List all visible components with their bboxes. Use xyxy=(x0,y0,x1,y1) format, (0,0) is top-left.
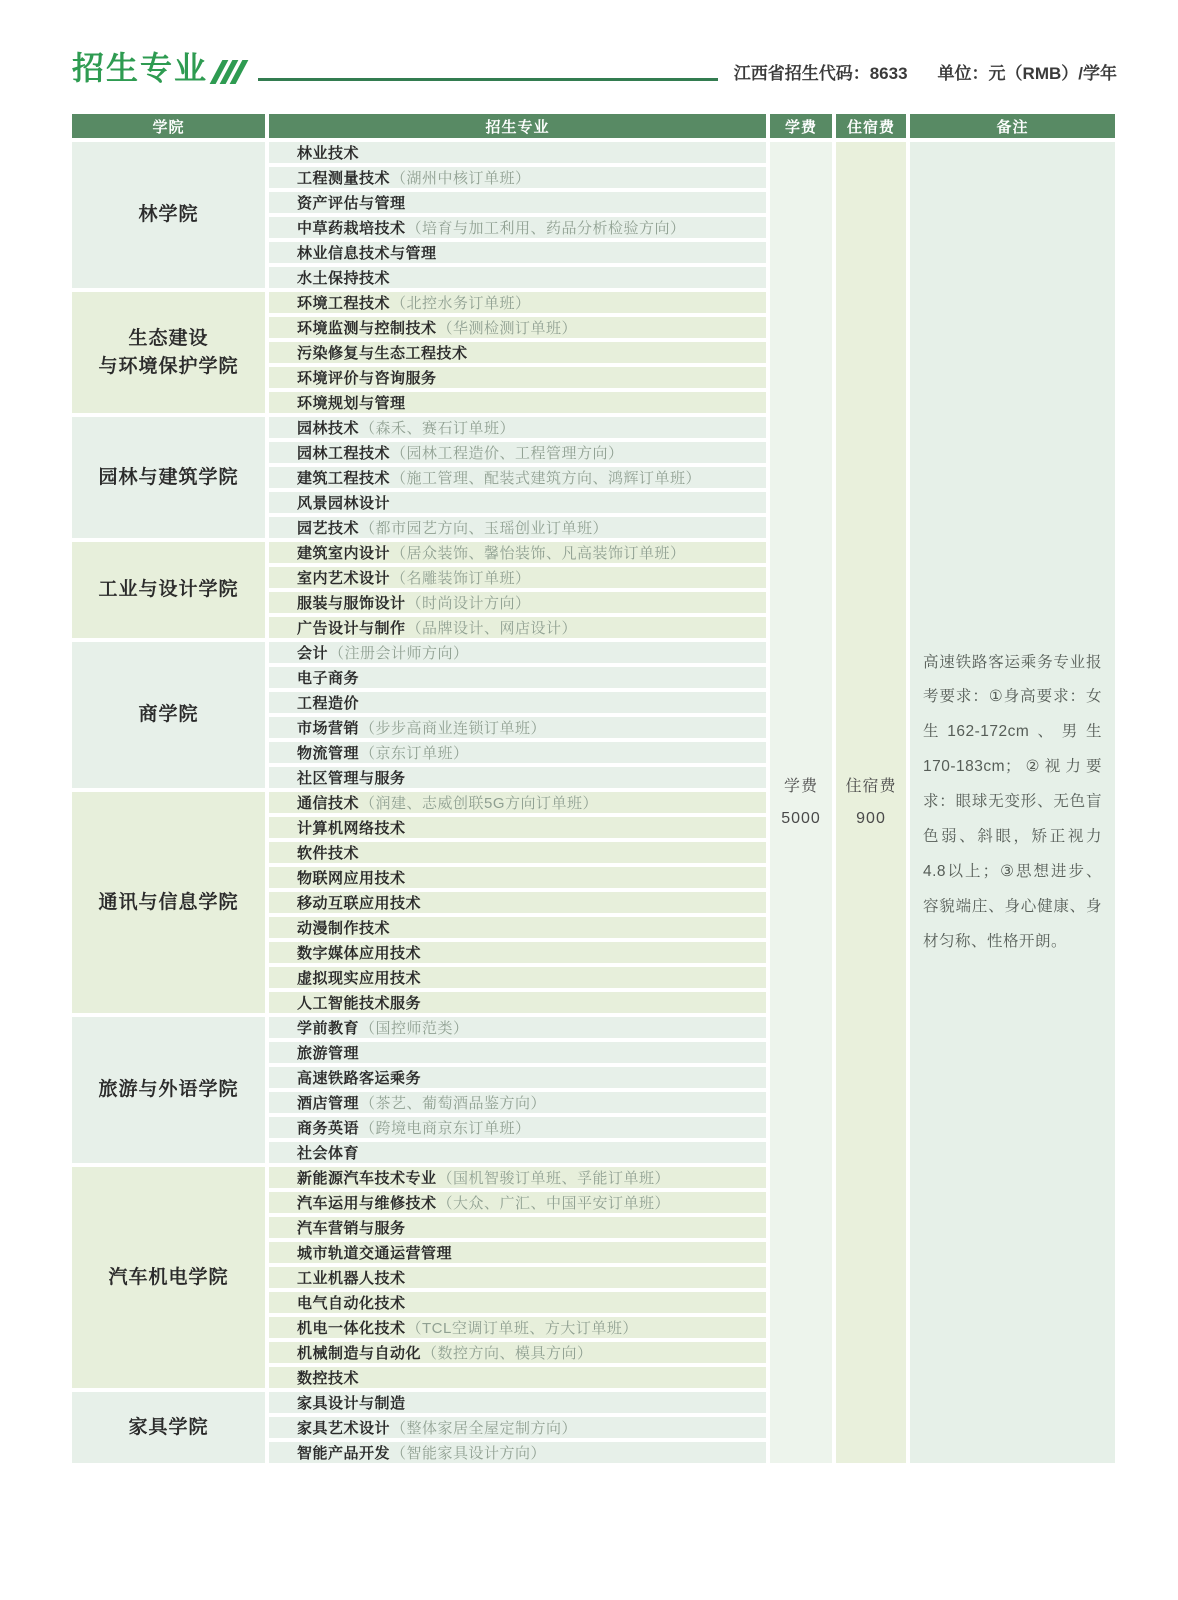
major-name: 服装与服饰设计 xyxy=(297,592,406,613)
major-row: 建筑室内设计（居众装饰、馨怡装饰、凡高装饰订单班） xyxy=(269,542,766,563)
unit-text: 单位：元（RMB）/学年 xyxy=(938,65,1117,84)
major-row: 园林技术（森禾、赛石订单班） xyxy=(269,417,766,438)
major-row: 通信技术（润建、志威创联5G方向订单班） xyxy=(269,792,766,813)
title-rule-divider xyxy=(258,78,718,81)
majors-list: 建筑室内设计（居众装饰、馨怡装饰、凡高装饰订单班）室内艺术设计（名雕装饰订单班）… xyxy=(269,542,766,638)
major-row: 林业信息技术与管理 xyxy=(269,242,766,263)
major-note: （品牌设计、网店设计） xyxy=(407,617,578,638)
major-name: 园林技术 xyxy=(297,417,359,438)
major-row: 机械制造与自动化（数控方向、模具方向） xyxy=(269,1342,766,1363)
major-note: （名雕装饰订单班） xyxy=(391,567,531,588)
dorm-fee-cell: 住宿费 900 xyxy=(836,142,906,1463)
major-row: 会计（注册会计师方向） xyxy=(269,642,766,663)
title-slashes-icon xyxy=(216,60,242,84)
major-name: 人工智能技术服务 xyxy=(297,992,421,1013)
major-name: 环境规划与管理 xyxy=(297,392,406,413)
college-name: 汽车机电学院 xyxy=(72,1167,265,1388)
major-row: 社区管理与服务 xyxy=(269,767,766,788)
major-note: （都市园艺方向、玉瑶创业订单班） xyxy=(360,517,608,538)
major-row: 园林工程技术（园林工程造价、工程管理方向） xyxy=(269,442,766,463)
major-note: （步步高商业连锁订单班） xyxy=(360,717,546,738)
college-name: 园林与建筑学院 xyxy=(72,417,265,538)
major-row: 建筑工程技术（施工管理、配装式建筑方向、鸿辉订单班） xyxy=(269,467,766,488)
majors-list: 会计（注册会计师方向）电子商务工程造价市场营销（步步高商业连锁订单班）物流管理（… xyxy=(269,642,766,788)
remark-text: 高速铁路客运乘务专业报考要求：①身高要求：女生162-172cm、男生170-1… xyxy=(923,646,1102,960)
college-name: 工业与设计学院 xyxy=(72,542,265,638)
majors-list: 家具设计与制造家具艺术设计（整体家居全屋定制方向）智能产品开发（智能家具设计方向… xyxy=(269,1392,766,1463)
major-name: 污染修复与生态工程技术 xyxy=(297,342,468,363)
major-name: 商务英语 xyxy=(297,1117,359,1138)
major-row: 城市轨道交通运营管理 xyxy=(269,1242,766,1263)
remark-cell: 高速铁路客运乘务专业报考要求：①身高要求：女生162-172cm、男生170-1… xyxy=(910,142,1115,1463)
page-header: 招生专业 江西省招生代码：8633 单位：元（RMB）/学年 xyxy=(72,52,1117,84)
college-section: 生态建设 与环境保护学院环境工程技术（北控水务订单班）环境监测与控制技术（华测检… xyxy=(72,292,766,413)
major-name: 广告设计与制作 xyxy=(297,617,406,638)
page-title: 招生专业 xyxy=(72,52,208,84)
major-name: 工程测量技术 xyxy=(297,167,390,188)
major-name: 中草药栽培技术 xyxy=(297,217,406,238)
major-name: 软件技术 xyxy=(297,842,359,863)
major-note: （湖州中核订单班） xyxy=(391,167,531,188)
major-name: 数控技术 xyxy=(297,1367,359,1388)
major-row: 物流管理（京东订单班） xyxy=(269,742,766,763)
major-note: （整体家居全屋定制方向） xyxy=(391,1417,577,1438)
major-row: 商务英语（跨境电商京东订单班） xyxy=(269,1117,766,1138)
major-row: 移动互联应用技术 xyxy=(269,892,766,913)
major-row: 林业技术 xyxy=(269,142,766,163)
college-name: 旅游与外语学院 xyxy=(72,1017,265,1163)
major-note: （时尚设计方向） xyxy=(407,592,531,613)
major-note: （国机智骏订单班、孚能订单班） xyxy=(438,1167,671,1188)
major-row: 室内艺术设计（名雕装饰订单班） xyxy=(269,567,766,588)
major-row: 人工智能技术服务 xyxy=(269,992,766,1013)
major-name: 高速铁路客运乘务 xyxy=(297,1067,421,1088)
major-note: （智能家具设计方向） xyxy=(391,1442,546,1463)
major-row: 环境工程技术（北控水务订单班） xyxy=(269,292,766,313)
major-note: （森禾、赛石订单班） xyxy=(360,417,515,438)
major-row: 动漫制作技术 xyxy=(269,917,766,938)
major-note: （数控方向、模具方向） xyxy=(422,1342,593,1363)
major-name: 动漫制作技术 xyxy=(297,917,390,938)
major-name: 旅游管理 xyxy=(297,1042,359,1063)
major-name: 建筑工程技术 xyxy=(297,467,390,488)
major-name: 林业信息技术与管理 xyxy=(297,242,437,263)
college-name: 通讯与信息学院 xyxy=(72,792,265,1013)
major-name: 电子商务 xyxy=(297,667,359,688)
major-row: 汽车营销与服务 xyxy=(269,1217,766,1238)
college-name: 商学院 xyxy=(72,642,265,788)
major-row: 机电一体化技术（TCL空调订单班、方大订单班） xyxy=(269,1317,766,1338)
major-row: 学前教育（国控师范类） xyxy=(269,1017,766,1038)
majors-list: 园林技术（森禾、赛石订单班）园林工程技术（园林工程造价、工程管理方向）建筑工程技… xyxy=(269,417,766,538)
college-name: 林学院 xyxy=(72,142,265,288)
majors-list: 环境工程技术（北控水务订单班）环境监测与控制技术（华测检测订单班）污染修复与生态… xyxy=(269,292,766,413)
major-row: 旅游管理 xyxy=(269,1042,766,1063)
major-row: 工程测量技术（湖州中核订单班） xyxy=(269,167,766,188)
major-row: 中草药栽培技术（培育与加工利用、药品分析检验方向） xyxy=(269,217,766,238)
major-name: 林业技术 xyxy=(297,142,359,163)
major-row: 家具设计与制造 xyxy=(269,1392,766,1413)
major-row: 计算机网络技术 xyxy=(269,817,766,838)
major-note: （TCL空调订单班、方大订单班） xyxy=(407,1317,638,1338)
major-name: 室内艺术设计 xyxy=(297,567,390,588)
major-row: 数控技术 xyxy=(269,1367,766,1388)
college-section: 汽车机电学院新能源汽车技术专业（国机智骏订单班、孚能订单班）汽车运用与维修技术（… xyxy=(72,1167,766,1388)
major-name: 新能源汽车技术专业 xyxy=(297,1167,437,1188)
dorm-fee-value: 900 xyxy=(856,803,886,834)
major-name: 环境监测与控制技术 xyxy=(297,317,437,338)
major-name: 机电一体化技术 xyxy=(297,1317,406,1338)
major-note: （跨境电商京东订单班） xyxy=(360,1117,531,1138)
major-name: 物联网应用技术 xyxy=(297,867,406,888)
majors-list: 学前教育（国控师范类）旅游管理高速铁路客运乘务酒店管理（茶艺、葡萄酒品鉴方向）商… xyxy=(269,1017,766,1163)
admission-majors-table: 学院 招生专业 学费 住宿费 备注 林学院林业技术工程测量技术（湖州中核订单班）… xyxy=(72,114,1117,1463)
major-row: 水土保持技术 xyxy=(269,267,766,288)
major-name: 工业机器人技术 xyxy=(297,1267,406,1288)
major-name: 数字媒体应用技术 xyxy=(297,942,421,963)
major-row: 智能产品开发（智能家具设计方向） xyxy=(269,1442,766,1463)
major-note: （国控师范类） xyxy=(360,1017,469,1038)
tuition-label: 学费 xyxy=(784,771,818,802)
major-name: 汽车营销与服务 xyxy=(297,1217,406,1238)
column-header-dorm: 住宿费 xyxy=(836,114,906,138)
college-name: 家具学院 xyxy=(72,1392,265,1463)
tuition-value: 5000 xyxy=(781,803,821,834)
dorm-fee-label: 住宿费 xyxy=(845,771,896,802)
major-row: 数字媒体应用技术 xyxy=(269,942,766,963)
college-section: 林学院林业技术工程测量技术（湖州中核订单班）资产评估与管理中草药栽培技术（培育与… xyxy=(72,142,766,288)
major-note: （大众、广汇、中国平安订单班） xyxy=(438,1192,671,1213)
major-row: 污染修复与生态工程技术 xyxy=(269,342,766,363)
major-name: 园林工程技术 xyxy=(297,442,390,463)
major-row: 环境监测与控制技术（华测检测订单班） xyxy=(269,317,766,338)
major-row: 虚拟现实应用技术 xyxy=(269,967,766,988)
major-note: （园林工程造价、工程管理方向） xyxy=(391,442,624,463)
major-name: 工程造价 xyxy=(297,692,359,713)
major-name: 风景园林设计 xyxy=(297,492,390,513)
major-row: 高速铁路客运乘务 xyxy=(269,1067,766,1088)
major-name: 环境评价与咨询服务 xyxy=(297,367,437,388)
college-section: 旅游与外语学院学前教育（国控师范类）旅游管理高速铁路客运乘务酒店管理（茶艺、葡萄… xyxy=(72,1017,766,1163)
college-major-columns: 林学院林业技术工程测量技术（湖州中核订单班）资产评估与管理中草药栽培技术（培育与… xyxy=(72,142,766,1463)
major-row: 环境规划与管理 xyxy=(269,392,766,413)
major-name: 家具设计与制造 xyxy=(297,1392,406,1413)
admission-code-text: 江西省招生代码：8633 xyxy=(734,65,908,84)
major-name: 智能产品开发 xyxy=(297,1442,390,1463)
major-name: 社区管理与服务 xyxy=(297,767,406,788)
table-body: 林学院林业技术工程测量技术（湖州中核订单班）资产评估与管理中草药栽培技术（培育与… xyxy=(72,142,1117,1463)
college-section: 工业与设计学院建筑室内设计（居众装饰、馨怡装饰、凡高装饰订单班）室内艺术设计（名… xyxy=(72,542,766,638)
college-section: 园林与建筑学院园林技术（森禾、赛石订单班）园林工程技术（园林工程造价、工程管理方… xyxy=(72,417,766,538)
major-name: 移动互联应用技术 xyxy=(297,892,421,913)
majors-list: 通信技术（润建、志威创联5G方向订单班）计算机网络技术软件技术物联网应用技术移动… xyxy=(269,792,766,1013)
major-name: 资产评估与管理 xyxy=(297,192,406,213)
tuition-cell: 学费 5000 xyxy=(770,142,832,1463)
header-meta: 江西省招生代码：8633 单位：元（RMB）/学年 xyxy=(734,65,1117,84)
major-name: 城市轨道交通运营管理 xyxy=(297,1242,452,1263)
major-note: （茶艺、葡萄酒品鉴方向） xyxy=(360,1092,546,1113)
major-note: （润建、志威创联5G方向订单班） xyxy=(360,792,598,813)
major-note: （华测检测订单班） xyxy=(438,317,578,338)
major-name: 计算机网络技术 xyxy=(297,817,406,838)
major-row: 市场营销（步步高商业连锁订单班） xyxy=(269,717,766,738)
major-row: 资产评估与管理 xyxy=(269,192,766,213)
major-name: 会计 xyxy=(297,642,328,663)
major-note: （居众装饰、馨怡装饰、凡高装饰订单班） xyxy=(391,542,686,563)
major-row: 酒店管理（茶艺、葡萄酒品鉴方向） xyxy=(269,1092,766,1113)
major-note: （施工管理、配装式建筑方向、鸿辉订单班） xyxy=(391,467,701,488)
major-row: 工业机器人技术 xyxy=(269,1267,766,1288)
major-name: 社会体育 xyxy=(297,1142,359,1163)
major-row: 社会体育 xyxy=(269,1142,766,1163)
major-row: 新能源汽车技术专业（国机智骏订单班、孚能订单班） xyxy=(269,1167,766,1188)
major-row: 服装与服饰设计（时尚设计方向） xyxy=(269,592,766,613)
major-note: （注册会计师方向） xyxy=(329,642,469,663)
page: 招生专业 江西省招生代码：8633 单位：元（RMB）/学年 学院 招生专业 学… xyxy=(72,0,1117,1463)
majors-list: 新能源汽车技术专业（国机智骏订单班、孚能订单班）汽车运用与维修技术（大众、广汇、… xyxy=(269,1167,766,1388)
major-row: 软件技术 xyxy=(269,842,766,863)
major-row: 工程造价 xyxy=(269,692,766,713)
major-name: 电气自动化技术 xyxy=(297,1292,406,1313)
college-section: 通讯与信息学院通信技术（润建、志威创联5G方向订单班）计算机网络技术软件技术物联… xyxy=(72,792,766,1013)
major-row: 风景园林设计 xyxy=(269,492,766,513)
major-name: 园艺技术 xyxy=(297,517,359,538)
major-note: （北控水务订单班） xyxy=(391,292,531,313)
major-note: （京东订单班） xyxy=(360,742,469,763)
major-name: 机械制造与自动化 xyxy=(297,1342,421,1363)
major-row: 环境评价与咨询服务 xyxy=(269,367,766,388)
major-name: 酒店管理 xyxy=(297,1092,359,1113)
major-note: （培育与加工利用、药品分析检验方向） xyxy=(407,217,686,238)
column-header-tuition: 学费 xyxy=(770,114,832,138)
major-row: 电气自动化技术 xyxy=(269,1292,766,1313)
major-name: 虚拟现实应用技术 xyxy=(297,967,421,988)
major-name: 家具艺术设计 xyxy=(297,1417,390,1438)
major-row: 汽车运用与维修技术（大众、广汇、中国平安订单班） xyxy=(269,1192,766,1213)
major-name: 汽车运用与维修技术 xyxy=(297,1192,437,1213)
major-row: 家具艺术设计（整体家居全屋定制方向） xyxy=(269,1417,766,1438)
table-header-row: 学院 招生专业 学费 住宿费 备注 xyxy=(72,114,1117,138)
column-header-major: 招生专业 xyxy=(269,114,766,138)
college-section: 商学院会计（注册会计师方向）电子商务工程造价市场营销（步步高商业连锁订单班）物流… xyxy=(72,642,766,788)
major-name: 环境工程技术 xyxy=(297,292,390,313)
college-name: 生态建设 与环境保护学院 xyxy=(72,292,265,413)
column-header-remark: 备注 xyxy=(910,114,1115,138)
college-section: 家具学院家具设计与制造家具艺术设计（整体家居全屋定制方向）智能产品开发（智能家具… xyxy=(72,1392,766,1463)
major-name: 建筑室内设计 xyxy=(297,542,390,563)
major-name: 市场营销 xyxy=(297,717,359,738)
major-name: 学前教育 xyxy=(297,1017,359,1038)
column-header-college: 学院 xyxy=(72,114,265,138)
major-name: 通信技术 xyxy=(297,792,359,813)
major-row: 园艺技术（都市园艺方向、玉瑶创业订单班） xyxy=(269,517,766,538)
major-name: 物流管理 xyxy=(297,742,359,763)
major-row: 广告设计与制作（品牌设计、网店设计） xyxy=(269,617,766,638)
major-row: 电子商务 xyxy=(269,667,766,688)
major-row: 物联网应用技术 xyxy=(269,867,766,888)
major-name: 水土保持技术 xyxy=(297,267,390,288)
majors-list: 林业技术工程测量技术（湖州中核订单班）资产评估与管理中草药栽培技术（培育与加工利… xyxy=(269,142,766,288)
